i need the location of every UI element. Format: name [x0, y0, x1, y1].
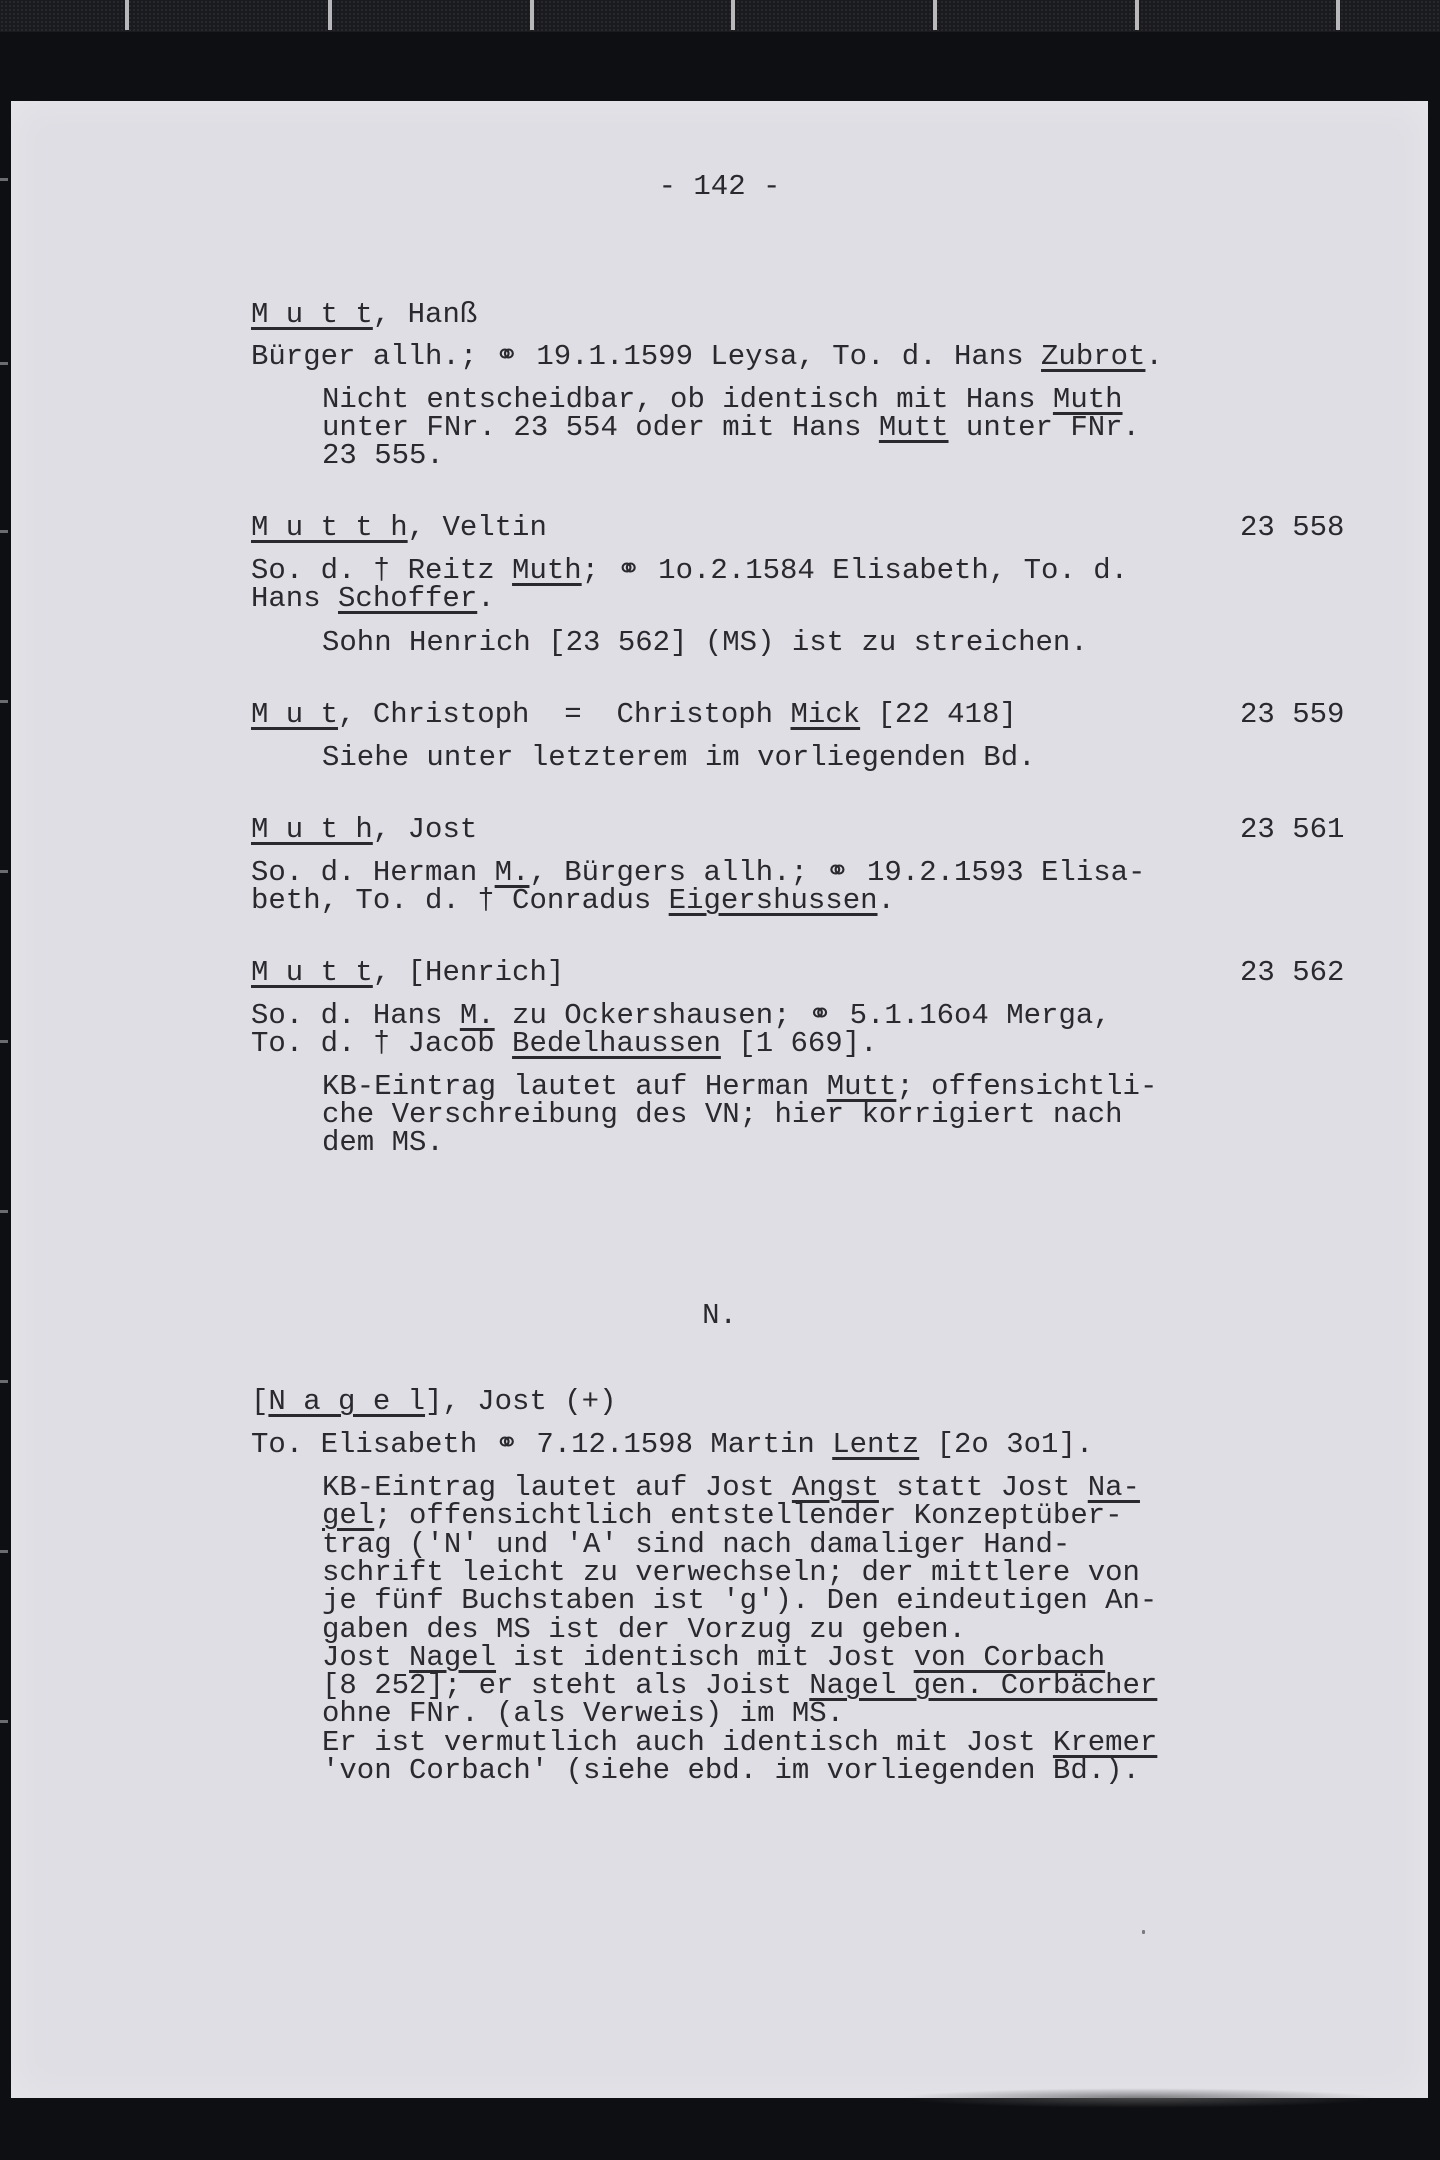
- surname: M u t: [251, 698, 338, 731]
- side-tick: [0, 870, 8, 873]
- entry-heading: [N a g e l], Jost (+): [251, 1386, 616, 1418]
- entry-heading: M u t h, Jost: [251, 814, 477, 846]
- side-tick: [0, 530, 8, 533]
- entry-note: dem MS.: [322, 1127, 444, 1159]
- given-name: , Veltin: [408, 511, 547, 544]
- family-number: 23 562: [1240, 957, 1344, 989]
- side-tick: [0, 362, 8, 365]
- entry-detail: To. Elisabeth ⚭ 7.12.1598 Martin Lentz […: [251, 1429, 1093, 1461]
- surname: M u t t h: [251, 511, 408, 544]
- entry-detail: Bürger allh.; ⚭ 19.1.1599 Leysa, To. d. …: [251, 341, 1163, 373]
- film-strip: [0, 0, 1440, 32]
- film-tick: [1336, 0, 1340, 30]
- entry-note: Sohn Henrich [23 562] (MS) ist zu streic…: [322, 627, 1088, 659]
- side-tick: [0, 700, 8, 703]
- paper-speck: [1142, 1930, 1145, 1934]
- entry-detail: To. d. † Jacob Bedelhaussen [1 669].: [251, 1028, 878, 1060]
- surname: N a g e l: [268, 1385, 425, 1418]
- entry-detail: beth, To. d. † Conradus Eigershussen.: [251, 885, 895, 917]
- given-name: ], Jost (+): [425, 1385, 616, 1418]
- paper-shadow: [900, 2088, 1380, 2108]
- film-tick: [530, 0, 534, 30]
- film-tick: [731, 0, 735, 30]
- film-tick: [328, 0, 332, 30]
- film-tick: [933, 0, 937, 30]
- entry-heading: M u t, Christoph = Christoph Mick [22 41…: [251, 699, 1017, 731]
- family-number: 23 558: [1240, 512, 1344, 544]
- side-tick: [0, 1210, 8, 1213]
- family-number: 23 559: [1240, 699, 1344, 731]
- film-tick: [1135, 0, 1139, 30]
- entry-heading: M u t t, Hanß: [251, 299, 477, 331]
- entry-note: unter FNr. 23 554 oder mit Hans Mutt unt…: [322, 412, 1140, 444]
- entry-note: 'von Corbach' (siehe ebd. im vorliegende…: [322, 1755, 1140, 1787]
- surname: M u t t: [251, 298, 373, 331]
- side-tick: [0, 178, 8, 181]
- entry-heading: M u t t, [Henrich]: [251, 957, 564, 989]
- given-name: , [Henrich]: [373, 956, 564, 989]
- side-tick: [0, 1380, 8, 1383]
- entry-note: 23 555.: [322, 440, 444, 472]
- given-name: , Jost: [373, 813, 477, 846]
- family-number: 23 561: [1240, 814, 1344, 846]
- section-letter: N.: [11, 1300, 1428, 1332]
- entry-detail: Hans Schoffer.: [251, 583, 495, 615]
- side-tick: [0, 1040, 8, 1043]
- side-tick: [0, 1550, 8, 1553]
- entry-heading: M u t t h, Veltin: [251, 512, 547, 544]
- entry-note: Siehe unter letzterem im vorliegenden Bd…: [322, 742, 1036, 774]
- page-number: - 142 -: [11, 171, 1428, 203]
- surname: M u t t: [251, 956, 373, 989]
- surname: M u t h: [251, 813, 373, 846]
- film-tick: [125, 0, 129, 30]
- given-name: , Hanß: [373, 298, 477, 331]
- side-tick: [0, 1720, 8, 1723]
- document-page: - 142 - M u t t, Hanß Bürger allh.; ⚭ 19…: [11, 101, 1428, 2098]
